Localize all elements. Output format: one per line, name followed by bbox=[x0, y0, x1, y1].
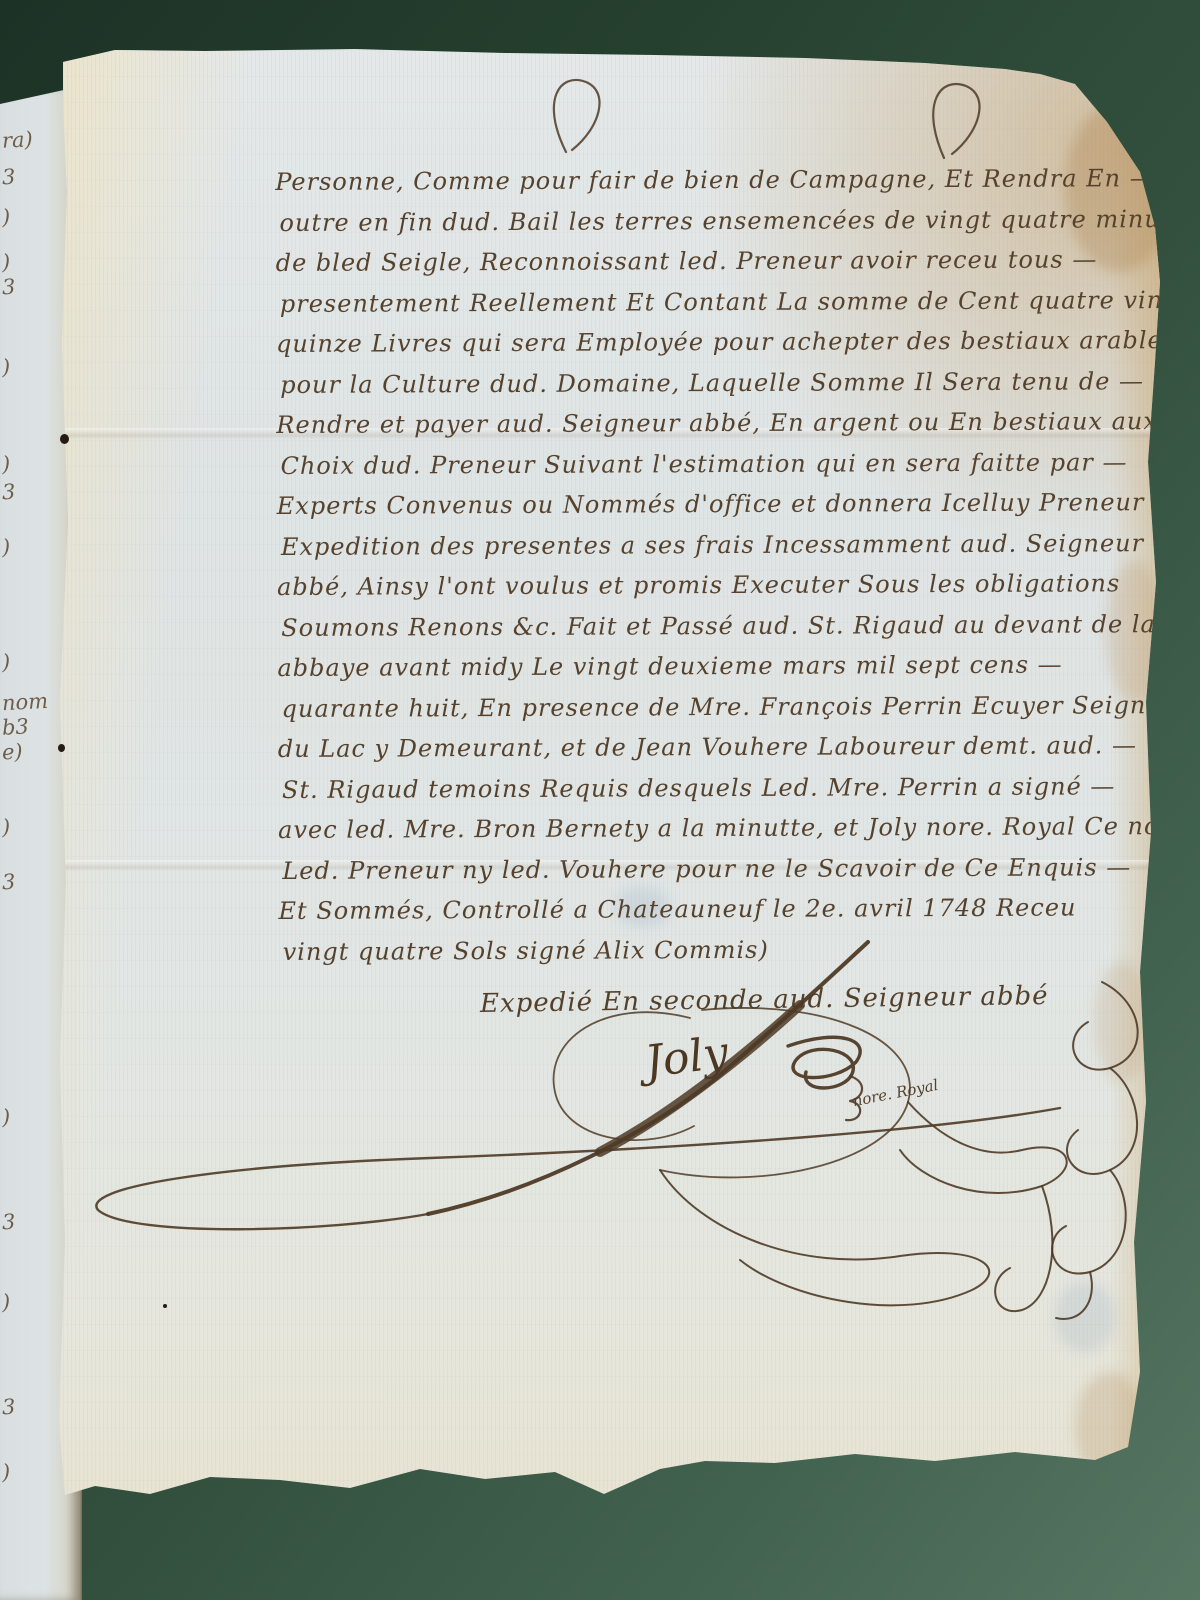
margin-glyph: ) bbox=[1, 650, 10, 674]
closing-line: Expedié En seconde aud. Seigneur abbé bbox=[480, 981, 1049, 1019]
margin-glyph: ) bbox=[1, 355, 10, 379]
manuscript-line: Choix dud. Preneur Suivant l'estimation … bbox=[280, 442, 1176, 486]
ink-spot bbox=[58, 744, 65, 752]
manuscript-line: du Lac y Demeurant, et de Jean Vouhere L… bbox=[278, 725, 1178, 769]
margin-glyph: ) bbox=[1, 1105, 10, 1129]
manuscript-line: outre en fin dud. Bail les terres enseme… bbox=[279, 199, 1175, 243]
edge-stain bbox=[1095, 962, 1150, 1082]
margin-glyph: ) bbox=[1, 452, 10, 476]
manuscript-line: presentement Reellement Et Contant La so… bbox=[280, 280, 1176, 324]
manuscript-line: St. Rigaud temoins Requis desquels Led. … bbox=[282, 766, 1178, 810]
margin-glyph: ) bbox=[1, 815, 10, 839]
margin-glyph: ) bbox=[1, 205, 10, 229]
margin-glyph: 3 bbox=[1, 870, 16, 895]
manuscript-page: Personne, Comme pour fair de bien de Cam… bbox=[55, 42, 1165, 1507]
manuscript-line: Personne, Comme pour fair de bien de Cam… bbox=[275, 158, 1175, 202]
ink-spot bbox=[60, 434, 69, 444]
manuscript-line: quarante huit, En presence de Mre. Franç… bbox=[282, 685, 1178, 729]
manuscript-line: abbaye avant midy Le vingt deuxieme mars… bbox=[277, 644, 1177, 688]
margin-glyph: ) bbox=[1, 1290, 10, 1314]
manuscript-line: Expedition des presentes a ses frais Inc… bbox=[281, 523, 1177, 567]
margin-glyph: ra) bbox=[1, 127, 33, 153]
manuscript-line: Soumons Renons &c. Fait et Passé aud. St… bbox=[281, 604, 1177, 648]
margin-glyph: ) bbox=[1, 1460, 10, 1484]
margin-glyph: 3 bbox=[1, 480, 16, 505]
photograph-of-manuscript: ra) 3 ) ) 3 ) ) 3 ) ) nom b3 e) ) 3 ) 3 … bbox=[0, 0, 1200, 1600]
ink-speck bbox=[163, 1304, 167, 1308]
manuscript-line: abbé, Ainsy l'ont voulus et promis Execu… bbox=[277, 563, 1177, 607]
manuscript-line: de bled Seigle, Reconnoissant led. Prene… bbox=[276, 239, 1176, 283]
margin-glyph: nom bbox=[1, 689, 48, 715]
margin-glyph: 3 bbox=[1, 1395, 16, 1420]
manuscript-line: Et Sommés, Controllé a Chateauneuf le 2e… bbox=[278, 887, 1178, 931]
margin-glyph: ) bbox=[1, 535, 10, 559]
margin-glyph: e) bbox=[1, 739, 23, 764]
manuscript-line: Experts Convenus ou Nommés d'office et d… bbox=[277, 482, 1177, 526]
manuscript-line: vingt quatre Sols signé Alix Commis) bbox=[283, 928, 1179, 972]
manuscript-line: quinze Livres qui sera Employée pour ach… bbox=[276, 320, 1176, 364]
margin-glyph: 3 bbox=[1, 275, 16, 300]
margin-glyph: 3 bbox=[1, 165, 16, 190]
manuscript-text-block: Personne, Comme pour fair de bien de Cam… bbox=[275, 158, 1179, 972]
margin-glyph: ) bbox=[1, 250, 10, 274]
manuscript-line: Led. Preneur ny led. Vouhere pour ne le … bbox=[282, 847, 1178, 891]
manuscript-line: Rendre et payer aud. Seigneur abbé, En a… bbox=[276, 401, 1176, 445]
manuscript-line: pour la Culture dud. Domaine, Laquelle S… bbox=[280, 361, 1176, 405]
margin-glyph: 3 bbox=[1, 1210, 16, 1235]
blue-smudge bbox=[1055, 1282, 1115, 1352]
margin-glyph: b3 bbox=[1, 714, 29, 739]
edge-stain bbox=[1075, 1372, 1145, 1482]
signature-joly: Joly bbox=[642, 1027, 731, 1088]
manuscript-line: avec led. Mre. Bron Bernety a la minutte… bbox=[278, 806, 1178, 850]
